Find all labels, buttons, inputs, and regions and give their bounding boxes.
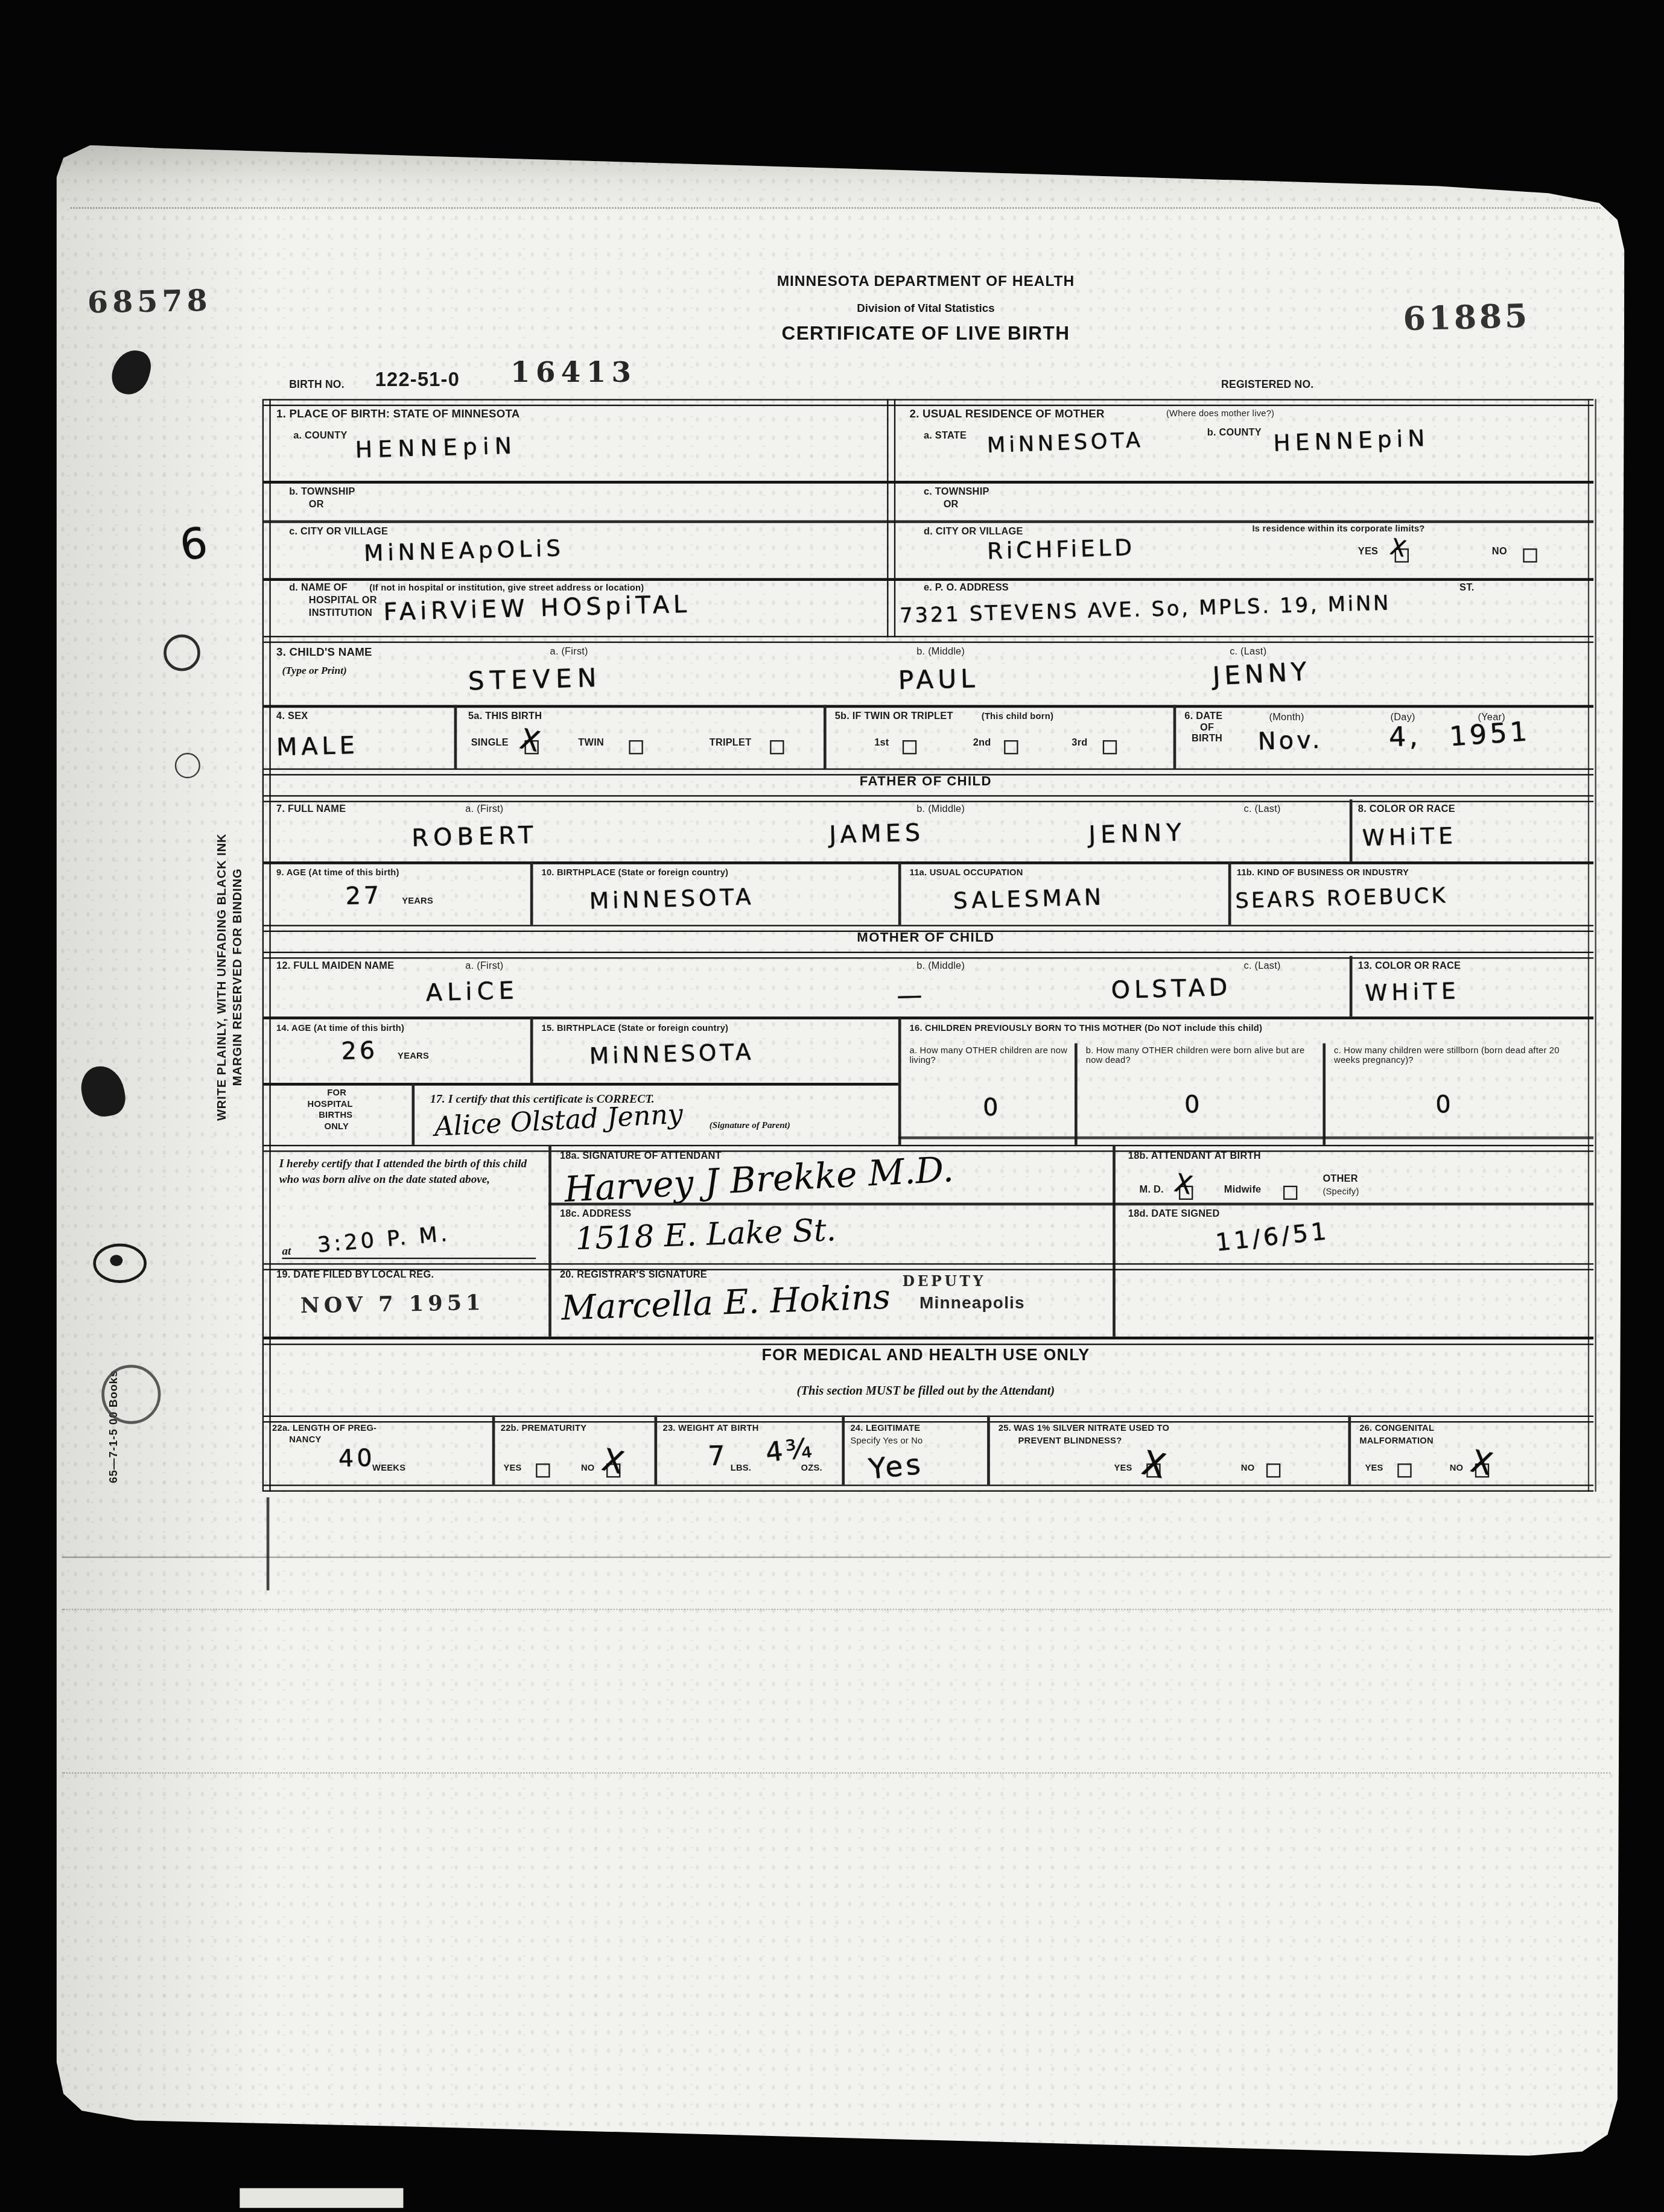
- attendant-at-birth-label: 18b. ATTENDANT AT BIRTH: [1128, 1152, 1261, 1164]
- for-hospital-label3: BIRTHS: [319, 1111, 352, 1121]
- child-name-note: (Type or Print): [282, 664, 346, 679]
- first-born-label: 1st: [874, 739, 889, 750]
- rule-v: [898, 1016, 901, 1145]
- checkbox: [1283, 1186, 1297, 1200]
- mother-name-label: 12. FULL MAIDEN NAME: [276, 962, 394, 973]
- first-born-checkbox: [903, 736, 916, 761]
- silver-nitrate-label1: 25. WAS 1% SILVER NITRATE USED TO: [999, 1424, 1169, 1434]
- corporate-limits-yes-checkbox: X: [1395, 544, 1409, 569]
- mother-age-value: 26: [341, 1040, 378, 1065]
- street-label: ST.: [1459, 584, 1474, 595]
- third-born-checkbox: [1103, 736, 1117, 761]
- mother-race-label: 13. COLOR OR RACE: [1358, 962, 1461, 973]
- father-industry-value: SEARS ROEBUCK: [1235, 886, 1448, 912]
- father-first-value: ROBERT: [411, 825, 538, 852]
- rule-v: [492, 1416, 495, 1485]
- po-address-label: e. P. O. ADDRESS: [924, 584, 1009, 595]
- mother-middle-value: —: [897, 984, 926, 1010]
- pregnancy-length-label2: NANCY: [289, 1435, 322, 1445]
- father-occupation-label: 11a. USUAL OCCUPATION: [910, 869, 1023, 879]
- attendant-address-label: 18c. ADDRESS: [560, 1209, 632, 1221]
- nitrate-no-checkbox: [1266, 1459, 1280, 1485]
- prematurity-no-label: NO: [581, 1463, 595, 1474]
- congenital-yes-checkbox: [1397, 1459, 1411, 1485]
- checkbox: [1103, 740, 1117, 754]
- corporate-limits-question: Is residence within its corporate limits…: [1253, 524, 1425, 534]
- medical-section-subheading: (This section MUST be filled out by the …: [264, 1383, 1588, 1400]
- rule-v: [411, 1083, 414, 1145]
- father-birthplace-label: 10. BIRTHPLACE (State or foreign country…: [542, 869, 729, 879]
- attendant-certify-text: I hereby certify that I attended the bir…: [279, 1156, 536, 1188]
- rule-v: [454, 705, 457, 768]
- rule-h: [282, 1258, 536, 1260]
- father-race-label: 8. COLOR OR RACE: [1358, 805, 1455, 817]
- place-city-value: MiNNEApOLiS: [364, 537, 565, 565]
- ink-blot: [78, 1063, 129, 1120]
- rule-h: [548, 1203, 1593, 1205]
- for-hospital-label4: ONLY: [325, 1122, 349, 1132]
- scan-artifact-line: [62, 1772, 1610, 1773]
- margin-instruction-vertical: WRITE PLAINLY, WITH UNFADING BLACK INK M…: [214, 660, 244, 1295]
- checkmark: X: [1467, 1445, 1496, 1483]
- residence-state-label: a. STATE: [924, 431, 967, 443]
- congenital-yes-label: YES: [1365, 1463, 1383, 1474]
- medical-section-heading: FOR MEDICAL AND HEALTH USE ONLY: [264, 1348, 1588, 1364]
- rule-v: [1323, 1044, 1325, 1145]
- child-first-value: STEVEN: [468, 667, 602, 696]
- child-name-heading: 3. CHILD'S NAME: [276, 645, 372, 658]
- legitimate-value: Yes: [868, 1450, 925, 1483]
- rule-v: [530, 861, 533, 925]
- residence-county-label: b. COUNTY: [1207, 429, 1262, 440]
- rule-v: [655, 1416, 657, 1485]
- rule-v: [1075, 1044, 1077, 1145]
- father-industry-label: 11b. KIND OF BUSINESS OR INDUSTRY: [1237, 869, 1409, 879]
- child-last-label: c. (Last): [1230, 647, 1266, 659]
- birth-no-label: BIRTH NO.: [289, 379, 345, 391]
- place-township-label: b. TOWNSHIP: [289, 488, 355, 499]
- father-occupation-value: SALESMAN: [953, 886, 1105, 913]
- triplet-checkbox: [770, 736, 784, 761]
- rule-v: [842, 1416, 844, 1485]
- checkbox: [1523, 548, 1537, 562]
- rule-v: [1350, 799, 1352, 861]
- date-signed-label: 18d. DATE SIGNED: [1128, 1209, 1220, 1221]
- file-number-stamp-left: 68578: [87, 285, 212, 317]
- triplet-label: TRIPLET: [710, 739, 752, 750]
- mother-birthplace-label: 15. BIRTHPLACE (State or foreign country…: [542, 1024, 729, 1034]
- margin-instruction-line2: MARGIN RESERVED FOR BINDING: [229, 660, 244, 1295]
- deputy-stamp: DEPUTY: [903, 1276, 986, 1290]
- checkmark: X: [1138, 1443, 1169, 1486]
- checkmark: X: [517, 721, 543, 759]
- checkbox: [1004, 740, 1018, 754]
- twin-label: TWIN: [578, 739, 604, 750]
- weeks-label: WEEKS: [372, 1463, 405, 1474]
- checkbox: [629, 740, 643, 754]
- rule-v: [887, 399, 895, 637]
- mother-age-label: 14. AGE (At time of this birth): [276, 1024, 404, 1034]
- md-label: M. D.: [1140, 1186, 1164, 1197]
- registered-no-label: REGISTERED NO.: [1221, 379, 1313, 391]
- margin-instruction-line1: WRITE PLAINLY, WITH UNFADING BLACK INK: [214, 660, 229, 1295]
- congenital-label2: MALFORMATION: [1359, 1437, 1434, 1447]
- scanned-birth-certificate: 68578 6 WRITE PLAINLY, WITH UNFADING BLA…: [0, 0, 1664, 2212]
- birth-time-value: 3:20 P. M.: [317, 1224, 451, 1257]
- children-dead-value: 0: [1184, 1094, 1203, 1118]
- birth-no-prefix: 122-51-0: [375, 368, 460, 391]
- date-of-birth-label1: 6. DATE: [1184, 712, 1222, 723]
- other-specify-label: (Specify): [1323, 1187, 1359, 1197]
- date-filed-stamp: NOV 7 1951: [300, 1293, 485, 1317]
- checkmark: X: [599, 1444, 627, 1482]
- rule-h: [264, 952, 1593, 959]
- checkbox: [1397, 1463, 1411, 1477]
- congenital-no-label: NO: [1450, 1463, 1464, 1474]
- mother-section-heading: MOTHER OF CHILD: [264, 931, 1588, 946]
- birth-no-stamp: 16413: [510, 358, 637, 387]
- this-birth-label: 5a. THIS BIRTH: [468, 712, 542, 723]
- weight-label: 23. WEIGHT AT BIRTH: [663, 1424, 759, 1434]
- place-of-birth-heading: 1. PLACE OF BIRTH: STATE OF MINNESOTA: [276, 407, 519, 420]
- prematurity-label: 22b. PREMATURITY: [501, 1424, 587, 1434]
- congenital-label1: 26. CONGENITAL: [1359, 1424, 1434, 1434]
- checkbox: [1266, 1463, 1280, 1477]
- rule-h: [264, 1485, 1593, 1491]
- pregnancy-length-label1: 22a. LENGTH OF PREG-: [272, 1424, 376, 1434]
- department-title: MINNESOTA DEPARTMENT OF HEALTH: [264, 273, 1588, 290]
- rule-h: [264, 705, 1593, 708]
- residence-city-value: RiCHFiELD: [987, 537, 1136, 563]
- rule-h: [264, 1337, 1593, 1345]
- handwritten-margin-number: 6: [177, 522, 214, 569]
- rule-h: [264, 861, 1593, 864]
- child-first-label: a. (First): [550, 647, 588, 659]
- father-birthplace-value: MiNNESOTA: [589, 886, 755, 913]
- third-born-label: 3rd: [1072, 739, 1087, 750]
- birth-day-value: 4,: [1389, 724, 1421, 752]
- legitimate-label: 24. LEGITIMATE: [850, 1424, 920, 1434]
- second-born-checkbox: [1004, 736, 1018, 761]
- rule-v: [898, 861, 901, 925]
- children-prev-heading: 16. CHILDREN PREVIOUSLY BORN TO THIS MOT…: [910, 1024, 1263, 1034]
- lbs-label: LBS.: [731, 1463, 751, 1474]
- single-checkbox: X: [524, 736, 538, 761]
- father-middle-value: JAMES: [829, 822, 925, 849]
- weight-lbs-value: 7: [708, 1444, 729, 1471]
- hospital-name-value: FAiRViEW HOSpiTAL: [383, 594, 691, 626]
- punch-hole: [164, 635, 200, 671]
- rule-h: [264, 1016, 1593, 1019]
- place-city-label: c. CITY OR VILLAGE: [289, 527, 388, 539]
- if-twin-note: (This child born): [982, 712, 1053, 722]
- punch-hole: [101, 1365, 160, 1424]
- father-race-value: WHiTE: [1362, 825, 1457, 850]
- rule-v: [1350, 956, 1352, 1017]
- prematurity-no-checkbox: X: [606, 1459, 620, 1485]
- division-subtitle: Division of Vital Statistics: [264, 302, 1588, 314]
- hospital-name-label3: INSTITUTION: [309, 609, 372, 621]
- registrar-signature-label: 20. REGISTRAR'S SIGNATURE: [560, 1270, 707, 1282]
- rule-h: [264, 481, 1593, 483]
- children-living-question: a. How many OTHER children are now livin…: [910, 1046, 1068, 1066]
- scribble-dot: [110, 1255, 122, 1266]
- twin-checkbox: [629, 736, 643, 761]
- residence-township-label: c. TOWNSHIP: [924, 488, 989, 499]
- rule-v: [1113, 1145, 1115, 1337]
- father-name-label: 7. FULL NAME: [276, 805, 346, 817]
- ink-blot: [108, 346, 154, 398]
- date-signed-value: 11/6/51: [1215, 1221, 1330, 1257]
- rule-h: [264, 1083, 898, 1085]
- rule-v: [1588, 399, 1596, 1491]
- scribble-mark: [93, 1243, 147, 1282]
- mother-first-value: ALiCE: [425, 980, 519, 1007]
- sex-value: MALE: [276, 735, 360, 761]
- mother-race-value: WHiTE: [1365, 980, 1460, 1005]
- other-label: OTHER: [1323, 1174, 1358, 1186]
- scan-artifact-line: [62, 1609, 1610, 1610]
- father-age-label: 9. AGE (At time of this birth): [276, 869, 399, 879]
- midwife-label: Midwife: [1224, 1186, 1262, 1197]
- scan-artifact-line: [267, 1497, 270, 1590]
- child-middle-value: PAUL: [898, 667, 979, 695]
- rule-h: [264, 1263, 1593, 1270]
- corporate-limits-no-label: NO: [1492, 547, 1507, 559]
- rule-v: [1173, 705, 1176, 768]
- month-label: (Month): [1269, 714, 1304, 725]
- corporate-limits-no-checkbox: [1523, 544, 1537, 569]
- for-hospital-label2: HOSPITAL: [308, 1100, 353, 1110]
- scan-artifact-line: [62, 1556, 1610, 1558]
- corporate-limits-yes-label: YES: [1358, 547, 1378, 559]
- place-county-label: a. COUNTY: [293, 431, 347, 443]
- mother-birthplace-value: MiNNESOTA: [589, 1041, 755, 1068]
- father-years-label: YEARS: [402, 897, 433, 907]
- rule-v: [824, 705, 826, 768]
- for-hospital-label1: FOR: [327, 1088, 346, 1098]
- checkbox: [903, 740, 916, 754]
- children-dead-question: b. How many OTHER children were born ali…: [1086, 1046, 1312, 1066]
- residence-note: (Where does mother live?): [1166, 409, 1274, 419]
- residence-heading: 2. USUAL RESIDENCE OF MOTHER: [910, 407, 1105, 420]
- attendant-at-label: at: [282, 1243, 291, 1259]
- paper-bottom-tab: [240, 2188, 403, 2208]
- ozs-label: OZS.: [801, 1463, 822, 1474]
- legitimate-note: Specify Yes or No: [850, 1437, 923, 1447]
- father-section-heading: FATHER OF CHILD: [264, 774, 1588, 790]
- nitrate-no-label: NO: [1241, 1463, 1255, 1474]
- silver-nitrate-label2: PREVENT BLINDNESS?: [1018, 1437, 1122, 1447]
- child-last-value: JENNY: [1212, 660, 1312, 691]
- place-county-value: HENNEpiN: [355, 435, 518, 461]
- prematurity-yes-checkbox: [536, 1459, 550, 1485]
- sex-label: 4. SEX: [276, 712, 308, 723]
- residence-county-value: HENNEpiN: [1273, 427, 1430, 455]
- rule-h: [264, 399, 1593, 405]
- children-stillborn-value: 0: [1435, 1094, 1454, 1118]
- hospital-name-note: (If not in hospital or institution, give…: [369, 584, 644, 594]
- date-filed-label: 19. DATE FILED BY LOCAL REG.: [276, 1270, 434, 1282]
- deputy-city-stamp: Minneapolis: [919, 1295, 1025, 1311]
- prematurity-yes-label: YES: [503, 1463, 521, 1474]
- mother-years-label: YEARS: [398, 1052, 429, 1062]
- birth-month-value: Nov.: [1257, 729, 1323, 755]
- file-number-stamp-right: 61885: [1403, 300, 1531, 335]
- nitrate-yes-checkbox: X: [1146, 1459, 1160, 1485]
- registrar-signature: Marcella E. Hokins: [560, 1280, 891, 1325]
- father-last-label: c. (Last): [1243, 805, 1280, 817]
- congenital-no-checkbox: X: [1475, 1459, 1489, 1485]
- children-stillborn-question: c. How many children were stillborn (bor…: [1334, 1046, 1582, 1066]
- hospital-name-label: d. NAME OF: [289, 584, 348, 595]
- date-of-birth-label3: BIRTH: [1192, 735, 1222, 746]
- po-address-value: 7321 STEVENS AVE. So, MPLS. 19, MiNN: [900, 594, 1391, 627]
- rule-v: [987, 1416, 989, 1485]
- rule-h: [264, 578, 1593, 580]
- pregnancy-weeks-value: 40: [338, 1448, 375, 1472]
- certificate-content: 68578 6 WRITE PLAINLY, WITH UNFADING BLA…: [0, 0, 1664, 2212]
- mother-last-label: c. (Last): [1243, 962, 1280, 973]
- single-label: SINGLE: [471, 739, 509, 750]
- rule-v: [548, 1145, 551, 1337]
- rule-v: [1348, 1416, 1350, 1485]
- date-of-birth-label2: OF: [1200, 723, 1214, 735]
- second-born-label: 2nd: [973, 739, 991, 750]
- hospital-name-label2: HOSPITAL OR: [309, 597, 377, 608]
- signature-of-parent-note: (Signature of Parent): [710, 1121, 790, 1133]
- mother-last-value: OLSTAD: [1111, 977, 1232, 1004]
- rule-h: [264, 636, 1593, 642]
- father-middle-label: b. (Middle): [916, 805, 965, 817]
- rule-h: [898, 1136, 1593, 1139]
- residence-state-value: MiNNESOTA: [987, 430, 1145, 457]
- weight-ozs-value: 4¾: [764, 1436, 816, 1468]
- birth-year-value: 1951: [1449, 719, 1531, 752]
- rule-v: [1228, 861, 1231, 925]
- scan-artifact-line: [71, 208, 1601, 209]
- father-age-value: 27: [345, 885, 383, 910]
- nitrate-yes-label: YES: [1114, 1463, 1132, 1474]
- children-living-value: 0: [983, 1097, 1002, 1121]
- mother-middle-label: b. (Middle): [916, 962, 965, 973]
- residence-township-or: OR: [944, 501, 959, 512]
- rule-h: [264, 520, 1593, 522]
- father-first-label: a. (First): [465, 805, 503, 817]
- parent-signature: Alice Olstad Jenny: [434, 1101, 684, 1141]
- child-middle-label: b. (Middle): [916, 647, 965, 659]
- if-twin-label: 5b. IF TWIN OR TRIPLET: [835, 712, 953, 723]
- mother-first-label: a. (First): [465, 962, 503, 973]
- checkbox: [536, 1463, 550, 1477]
- certificate-title: CERTIFICATE OF LIVE BIRTH: [264, 323, 1588, 344]
- father-last-value: JENNY: [1088, 822, 1186, 849]
- checkbox: [770, 740, 784, 754]
- place-township-or: OR: [309, 501, 324, 512]
- rule-h: [264, 795, 1593, 802]
- punch-hole: [175, 753, 200, 778]
- rule-v: [530, 1016, 533, 1083]
- rule-h: [264, 1416, 1593, 1422]
- attendant-address-value: 1518 E. Lake St.: [575, 1217, 837, 1257]
